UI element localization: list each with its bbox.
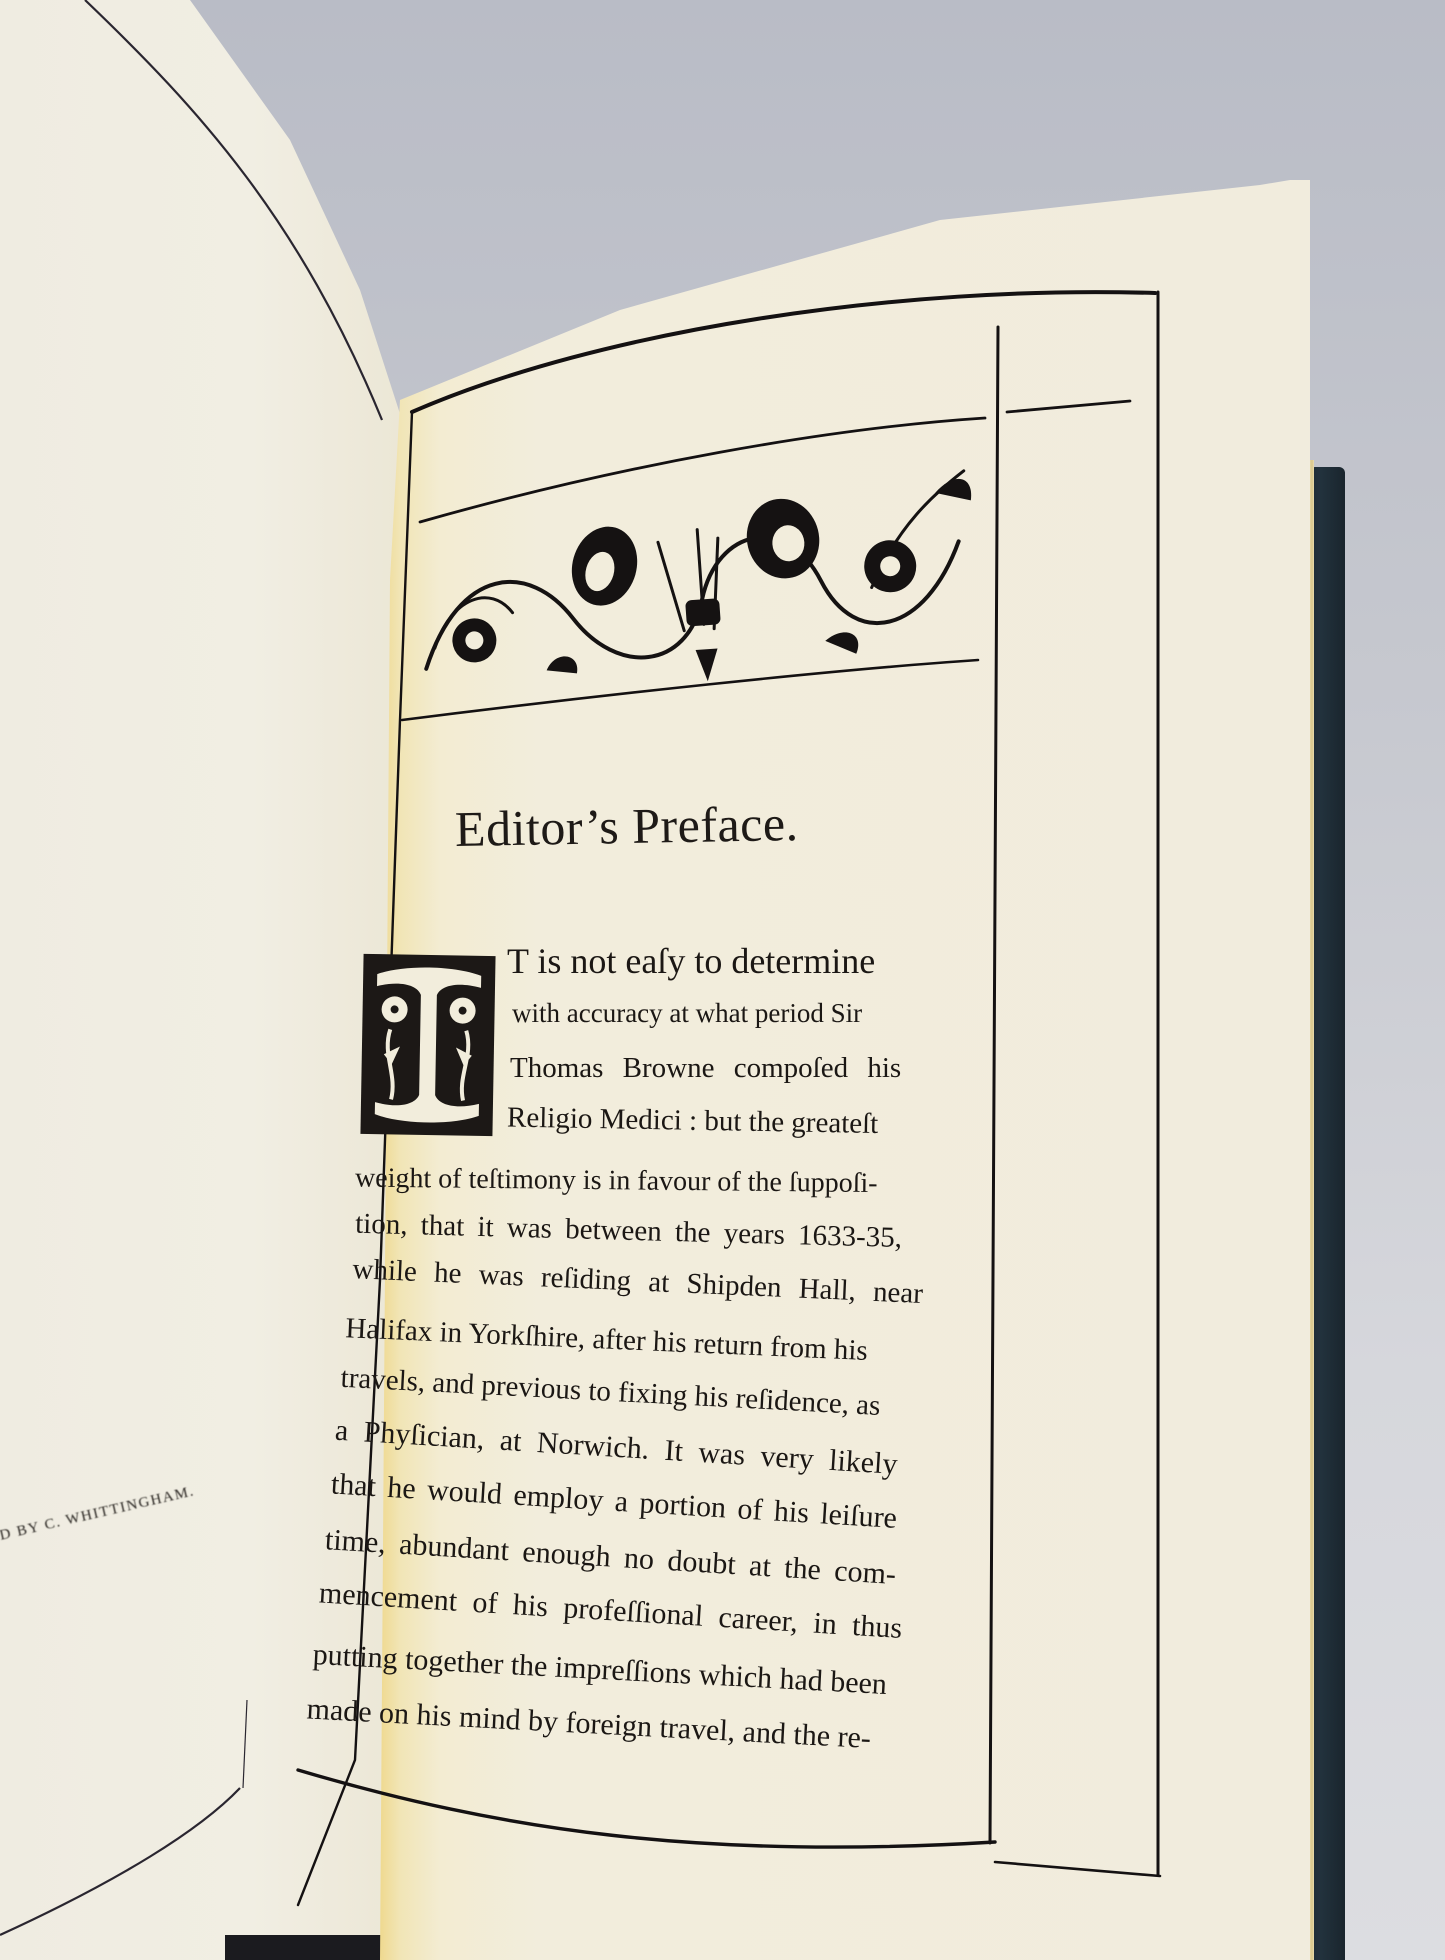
text-line: travels, and previous to fixing his reſi…	[340, 1362, 881, 1423]
text-line: Halifax in Yorkſhire, after his return f…	[345, 1312, 869, 1368]
text-line: tion, that it was between the years 1633…	[355, 1208, 903, 1255]
text-line: a Phyſician, at Norwich. It was very lik…	[334, 1414, 898, 1482]
text-line: made on his mind by foreign travel, and …	[306, 1692, 872, 1756]
preface-body-text: T is not eaſy to determine with accuracy…	[300, 940, 1000, 1840]
text-line: weight of teſtimony is in favour of the …	[355, 1163, 878, 1200]
text-line: putting together the impreſſions which h…	[312, 1638, 888, 1702]
text-line: T is not eaſy to determine	[507, 940, 875, 982]
text-line: that he would employ a portion of his le…	[330, 1467, 898, 1536]
text-line: while he was reſiding at Shipden Hall, n…	[352, 1253, 924, 1311]
floral-ornament-icon	[392, 430, 992, 710]
text-line: Religio Medici : but the greateſt	[507, 1102, 879, 1141]
text-line: Thomas Browne compoſed his	[510, 1052, 901, 1085]
open-book-photo: D BY C. WHITTINGHAM.	[0, 0, 1445, 1960]
text-line: with accuracy at what period Sir	[512, 998, 862, 1029]
page-title: Editor’s Preface.	[454, 794, 799, 858]
